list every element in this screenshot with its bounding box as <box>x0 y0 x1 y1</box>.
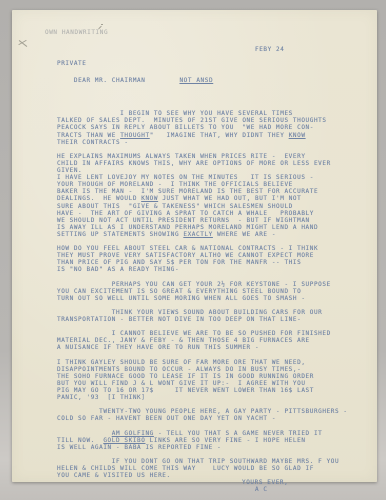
letter-text: TILL NOW. <box>57 437 103 444</box>
letter-line: MATERIAL DEC., JANY & FEBY - & THEN THOS… <box>57 337 367 344</box>
letter-text: " IMAGINE THAT, WHY DIDNT THEY <box>150 132 289 139</box>
letter-line: YOUR THOUGH OF MORELAND - I THINK THE OF… <box>57 181 367 188</box>
letter-line: I THINK GAYLEY SHOULD BE SURE OF FAR MOR… <box>57 359 367 366</box>
letter-line: TWENTY-TWO YOUNG PEOPLE HERE, A GAY PART… <box>57 408 367 415</box>
letter-line <box>57 238 367 245</box>
underlined-text: THOUGHT <box>120 132 150 139</box>
letter-line: SETTING UP STATEMENTS SHOWING EXACTLY WH… <box>57 231 367 238</box>
salutation: DEAR MR. CHAIRMAN <box>74 77 146 84</box>
closing: YOURS EVER, <box>57 479 367 486</box>
letter-line: PIG MAY GO TO 16 OR 17$ IT NEVER WENT LO… <box>57 387 367 394</box>
letter-line: DISAPPOINTMENTS BOUND TO OCCUR - ALWAYS … <box>57 366 367 373</box>
letter-line: I HAVE LENT LOVEJOY MY NOTES ON THE MINU… <box>57 174 367 181</box>
signature-initials: A C <box>57 486 367 493</box>
letter-text <box>57 430 112 437</box>
letter-text: SETTING UP STATEMENTS SHOWING <box>57 231 183 238</box>
letter-line <box>57 146 367 153</box>
letter-text: JUST WHAT WE HAD OUT, BUT I'M NOT <box>158 195 301 202</box>
letter-line: CHILD IN AFFAIRS KNOWS THIS, WHY ARE OPT… <box>57 160 367 167</box>
letter-line: YOU CAN EXCITEMENT IS SO GREAT & EVERYTH… <box>57 288 367 295</box>
letter-line: HE EXPLAINS MAXIMUMS ALWAYS TAKEN WHEN P… <box>57 153 367 160</box>
underlined-text: KNOW <box>289 132 306 139</box>
letter-line: SURE ABOUT THIS "GIVE & TAKENESS" WHICH … <box>57 203 367 210</box>
letter-paper: OWN HANDWRITING FEBY 24 PRIVATE DEAR MR.… <box>12 10 377 482</box>
letter-text: - TELL YOU THAT S A GAME NEVER TRIED IT <box>154 430 323 437</box>
letter-line: AM GOLFING - TELL YOU THAT S A GAME NEVE… <box>57 430 367 437</box>
letter-line: THE SOHO FURNACE GOOD TO LEASE IF IT IS … <box>57 373 367 380</box>
letter-text: TRACTS THAN WE <box>57 132 120 139</box>
letter-line <box>57 401 367 408</box>
letter-line: IS AWAY ILL AS I UNDERSTAND PERHAPS MORE… <box>57 224 367 231</box>
letter-line: TILL NOW. GOLD SKIBO LINKS ARE SO VERY F… <box>57 437 367 444</box>
letter-line <box>57 451 367 458</box>
letter-body: I BEGIN TO SEE WHY YOU HAVE SEVERAL TIME… <box>57 89 367 493</box>
letter-line: TRACTS THAN WE THOUGHT" IMAGINE THAT, WH… <box>57 132 367 139</box>
letter-line: COLD SO FAR - HAVENT BEEN OUT ONE DAY YE… <box>57 415 367 422</box>
letter-line: PERHAPS YOU CAN GET YOUR 2½ FOR KEYSTONE… <box>57 281 367 288</box>
letter-line: TRANSPORTATION - BETTER NOT DIVE IN TOO … <box>57 316 367 323</box>
letter-line <box>57 323 367 330</box>
letter-line: HOW DO YOU FEEL ABOUT STEEL CAR & NATION… <box>57 245 367 252</box>
letter-line: BUT YOU WILL FIND J & L WONT GIVE IT UP:… <box>57 380 367 387</box>
letter-line: THEIR CONTRACTS - <box>57 139 367 146</box>
letter-line: HAVE - THE ART OF GIVING A SPRAT TO CATC… <box>57 210 367 217</box>
pencil-x-mark <box>18 38 28 48</box>
underlined-text: AM GOLFING <box>112 430 154 437</box>
letter-line: IS WELL AGAIN - BABA IS REPORTED FINE - <box>57 444 367 451</box>
letter-text: WHERE WE ARE - <box>213 231 276 238</box>
letter-line: IF YOU DONT GO ON THAT TRIP SOUTHWARD MA… <box>57 458 367 465</box>
letter-line: BAKER IS THE MAN - I'M SURE MORELAND IS … <box>57 188 367 195</box>
underlined-text: KNOW <box>141 195 158 202</box>
handwriting-annotation: OWN HANDWRITING <box>45 29 108 36</box>
letter-line: DEALINGS. HE WOULD KNOW JUST WHAT WE HAD… <box>57 195 367 202</box>
privacy-label: PRIVATE <box>57 60 87 67</box>
letter-text: DEALINGS. HE WOULD <box>57 195 141 202</box>
letter-line: PANIC, '93 [I THINK] <box>57 394 367 401</box>
letter-line <box>57 351 367 358</box>
underlined-text: EXACTLY <box>183 231 213 238</box>
letter-line: TURN OUT SO WELL UNTIL SOME MORING WHEN … <box>57 295 367 302</box>
letter-line: THINK YOUR VIEWS SOUND ABOUT BUILDING CA… <box>57 309 367 316</box>
letter-line: YOU CAME & VISITED US HERE. <box>57 472 367 479</box>
letter-line: THEY MUST PROVE VERY SATISFACTORY ALTHO … <box>57 252 367 259</box>
letter-line: I CANNOT BELIEVE WE ARE TO BE SO PUSHED … <box>57 330 367 337</box>
letter-line: GIVEN. <box>57 167 367 174</box>
letter-text: LINKS ARE SO VERY FINE - I HOPE HELEN <box>145 437 305 444</box>
letter-line: A NUISANCE IF THEY HAVE ORE TO RUN THIS … <box>57 344 367 351</box>
letter-line: PEACOCK SAYS IN REPLY ABOUT BILLETS TO Y… <box>57 124 367 131</box>
letter-line: IS "NO BAD" AS A READY THING- <box>57 266 367 273</box>
letter-line <box>57 422 367 429</box>
underlined-text: GOLD SKIBO <box>103 437 145 444</box>
letter-line: WE SHOULD NOT ACT UNTIL PRESIDENT RETURN… <box>57 217 367 224</box>
letter-line <box>57 302 367 309</box>
letter-line: TALKED OF SALES DEPT. MINUTES OF 21ST GI… <box>57 117 367 124</box>
letter-line <box>57 273 367 280</box>
letter-date: FEBY 24 <box>255 46 285 53</box>
letter-line: THAN PRICE OF PIG AND SAY 5$ PER TON FOR… <box>57 259 367 266</box>
not-answered-note: NOT ANSD <box>179 77 213 84</box>
letter-line: HELEN & CHILDS WILL COME THIS WAY LUCY W… <box>57 465 367 472</box>
letter-line: I BEGIN TO SEE WHY YOU HAVE SEVERAL TIME… <box>57 110 367 117</box>
